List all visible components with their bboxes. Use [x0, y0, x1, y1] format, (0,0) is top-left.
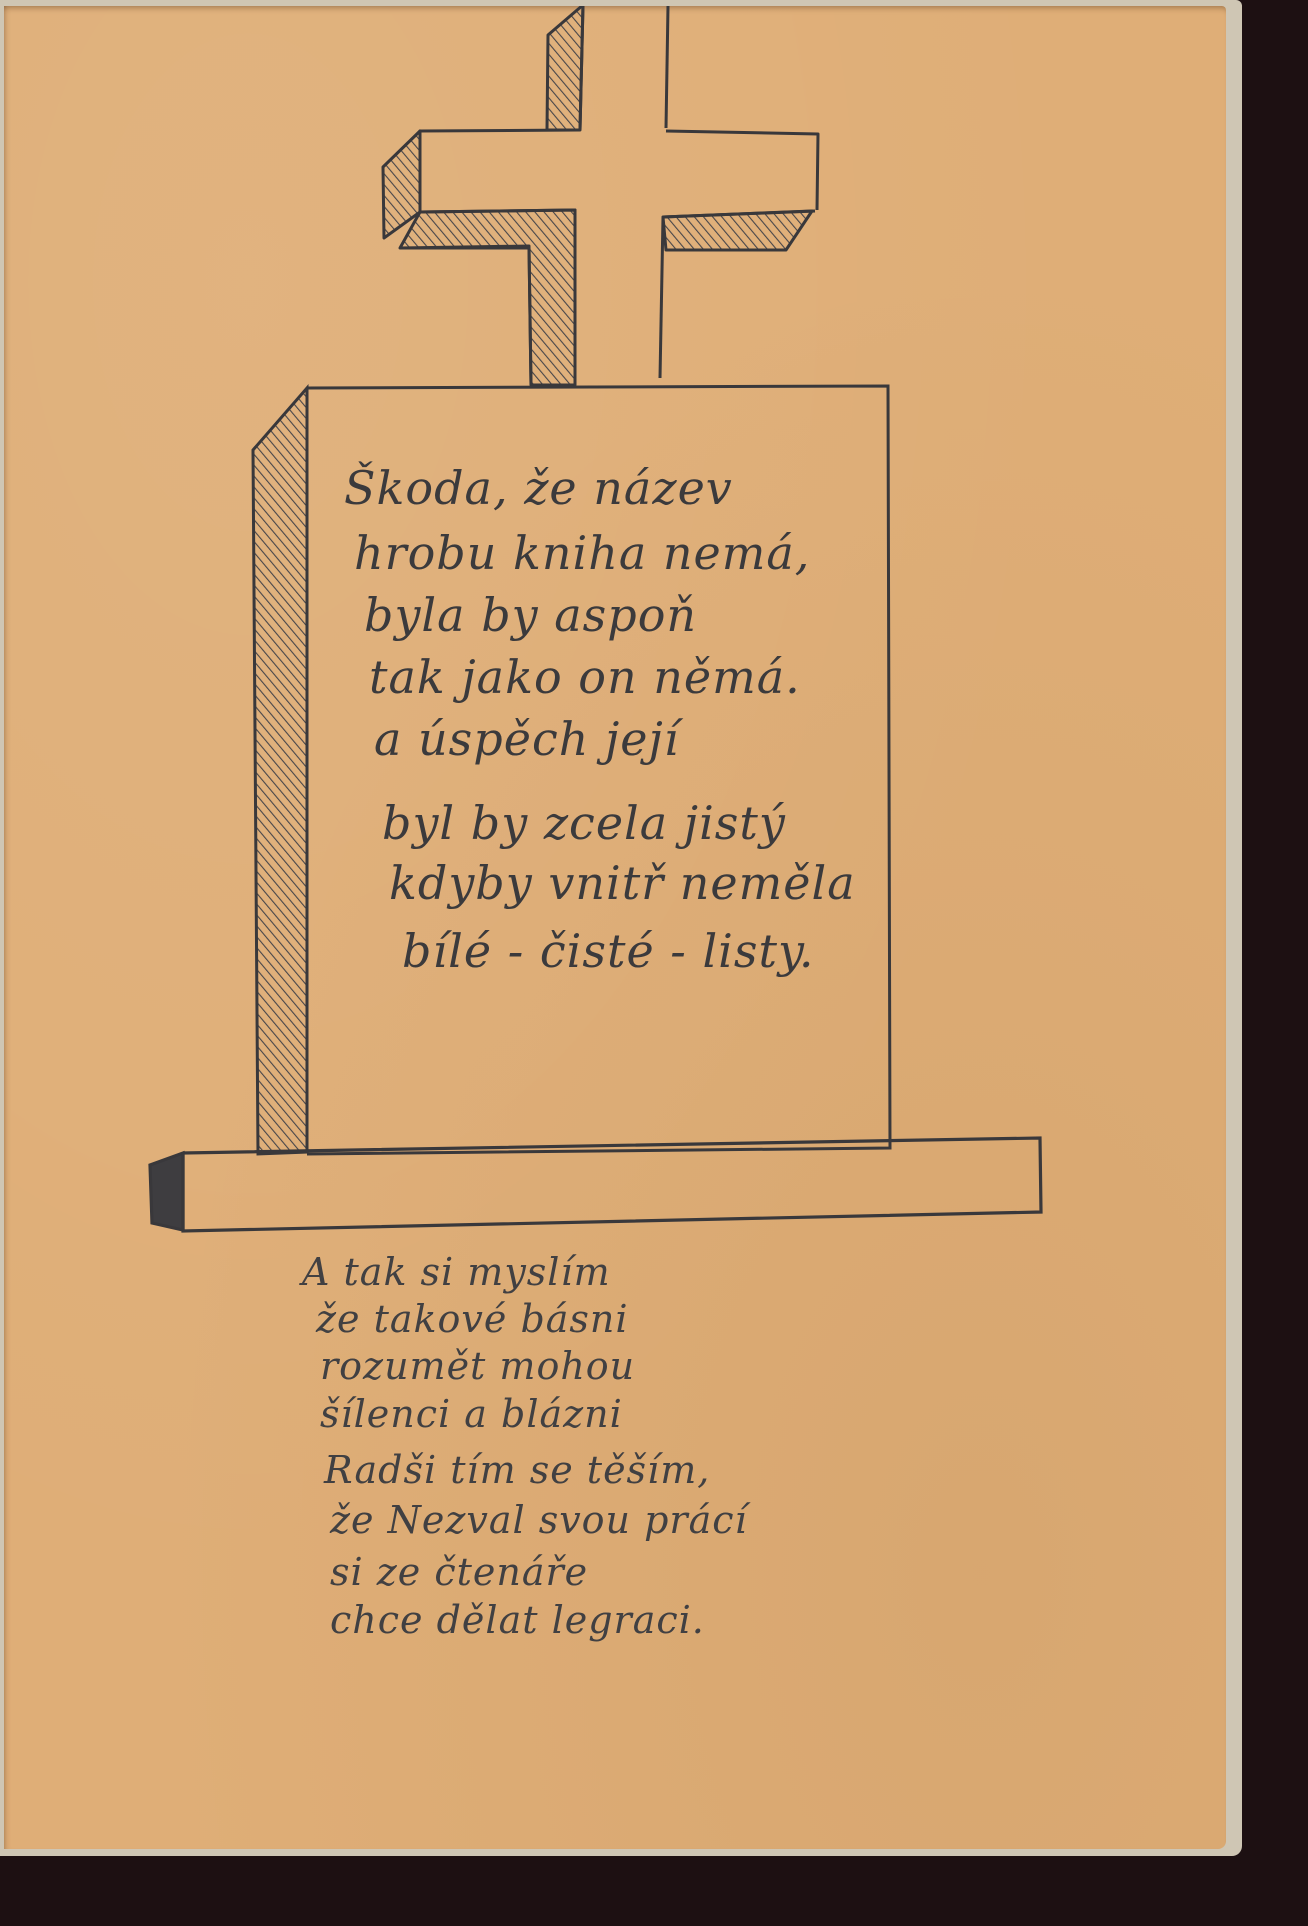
inscription-line: hrobu kniha nemá,: [354, 526, 810, 580]
caption-line: šílenci a blázni: [320, 1392, 623, 1436]
inscription-line: byl by zcela jistý: [382, 796, 786, 850]
caption-line: že Nezval svou prácí: [330, 1498, 748, 1542]
caption-line: rozumět mohou: [320, 1344, 635, 1388]
caption-line: že takové básni: [316, 1297, 629, 1341]
inscription-line: byla by aspoň: [364, 588, 697, 642]
caption-line: chce dělat legraci.: [330, 1598, 705, 1642]
inscription-line: tak jako on němá.: [369, 650, 801, 704]
caption-line: A tak si myslím: [302, 1250, 611, 1294]
cross-icon: [383, 6, 818, 385]
inscription-line: kdyby vnitř neměla: [389, 856, 856, 910]
inscription-line: a úspěch její: [374, 712, 679, 766]
caption-line: Radši tím se těším,: [324, 1448, 710, 1492]
inscription-line: Škoda, že název: [344, 461, 733, 515]
paper-page: Škoda, že název hrobu kniha nemá, byla b…: [4, 6, 1226, 1849]
inscription-line: bílé - čisté - listy.: [402, 924, 814, 978]
caption-line: si ze čtenáře: [330, 1550, 588, 1594]
